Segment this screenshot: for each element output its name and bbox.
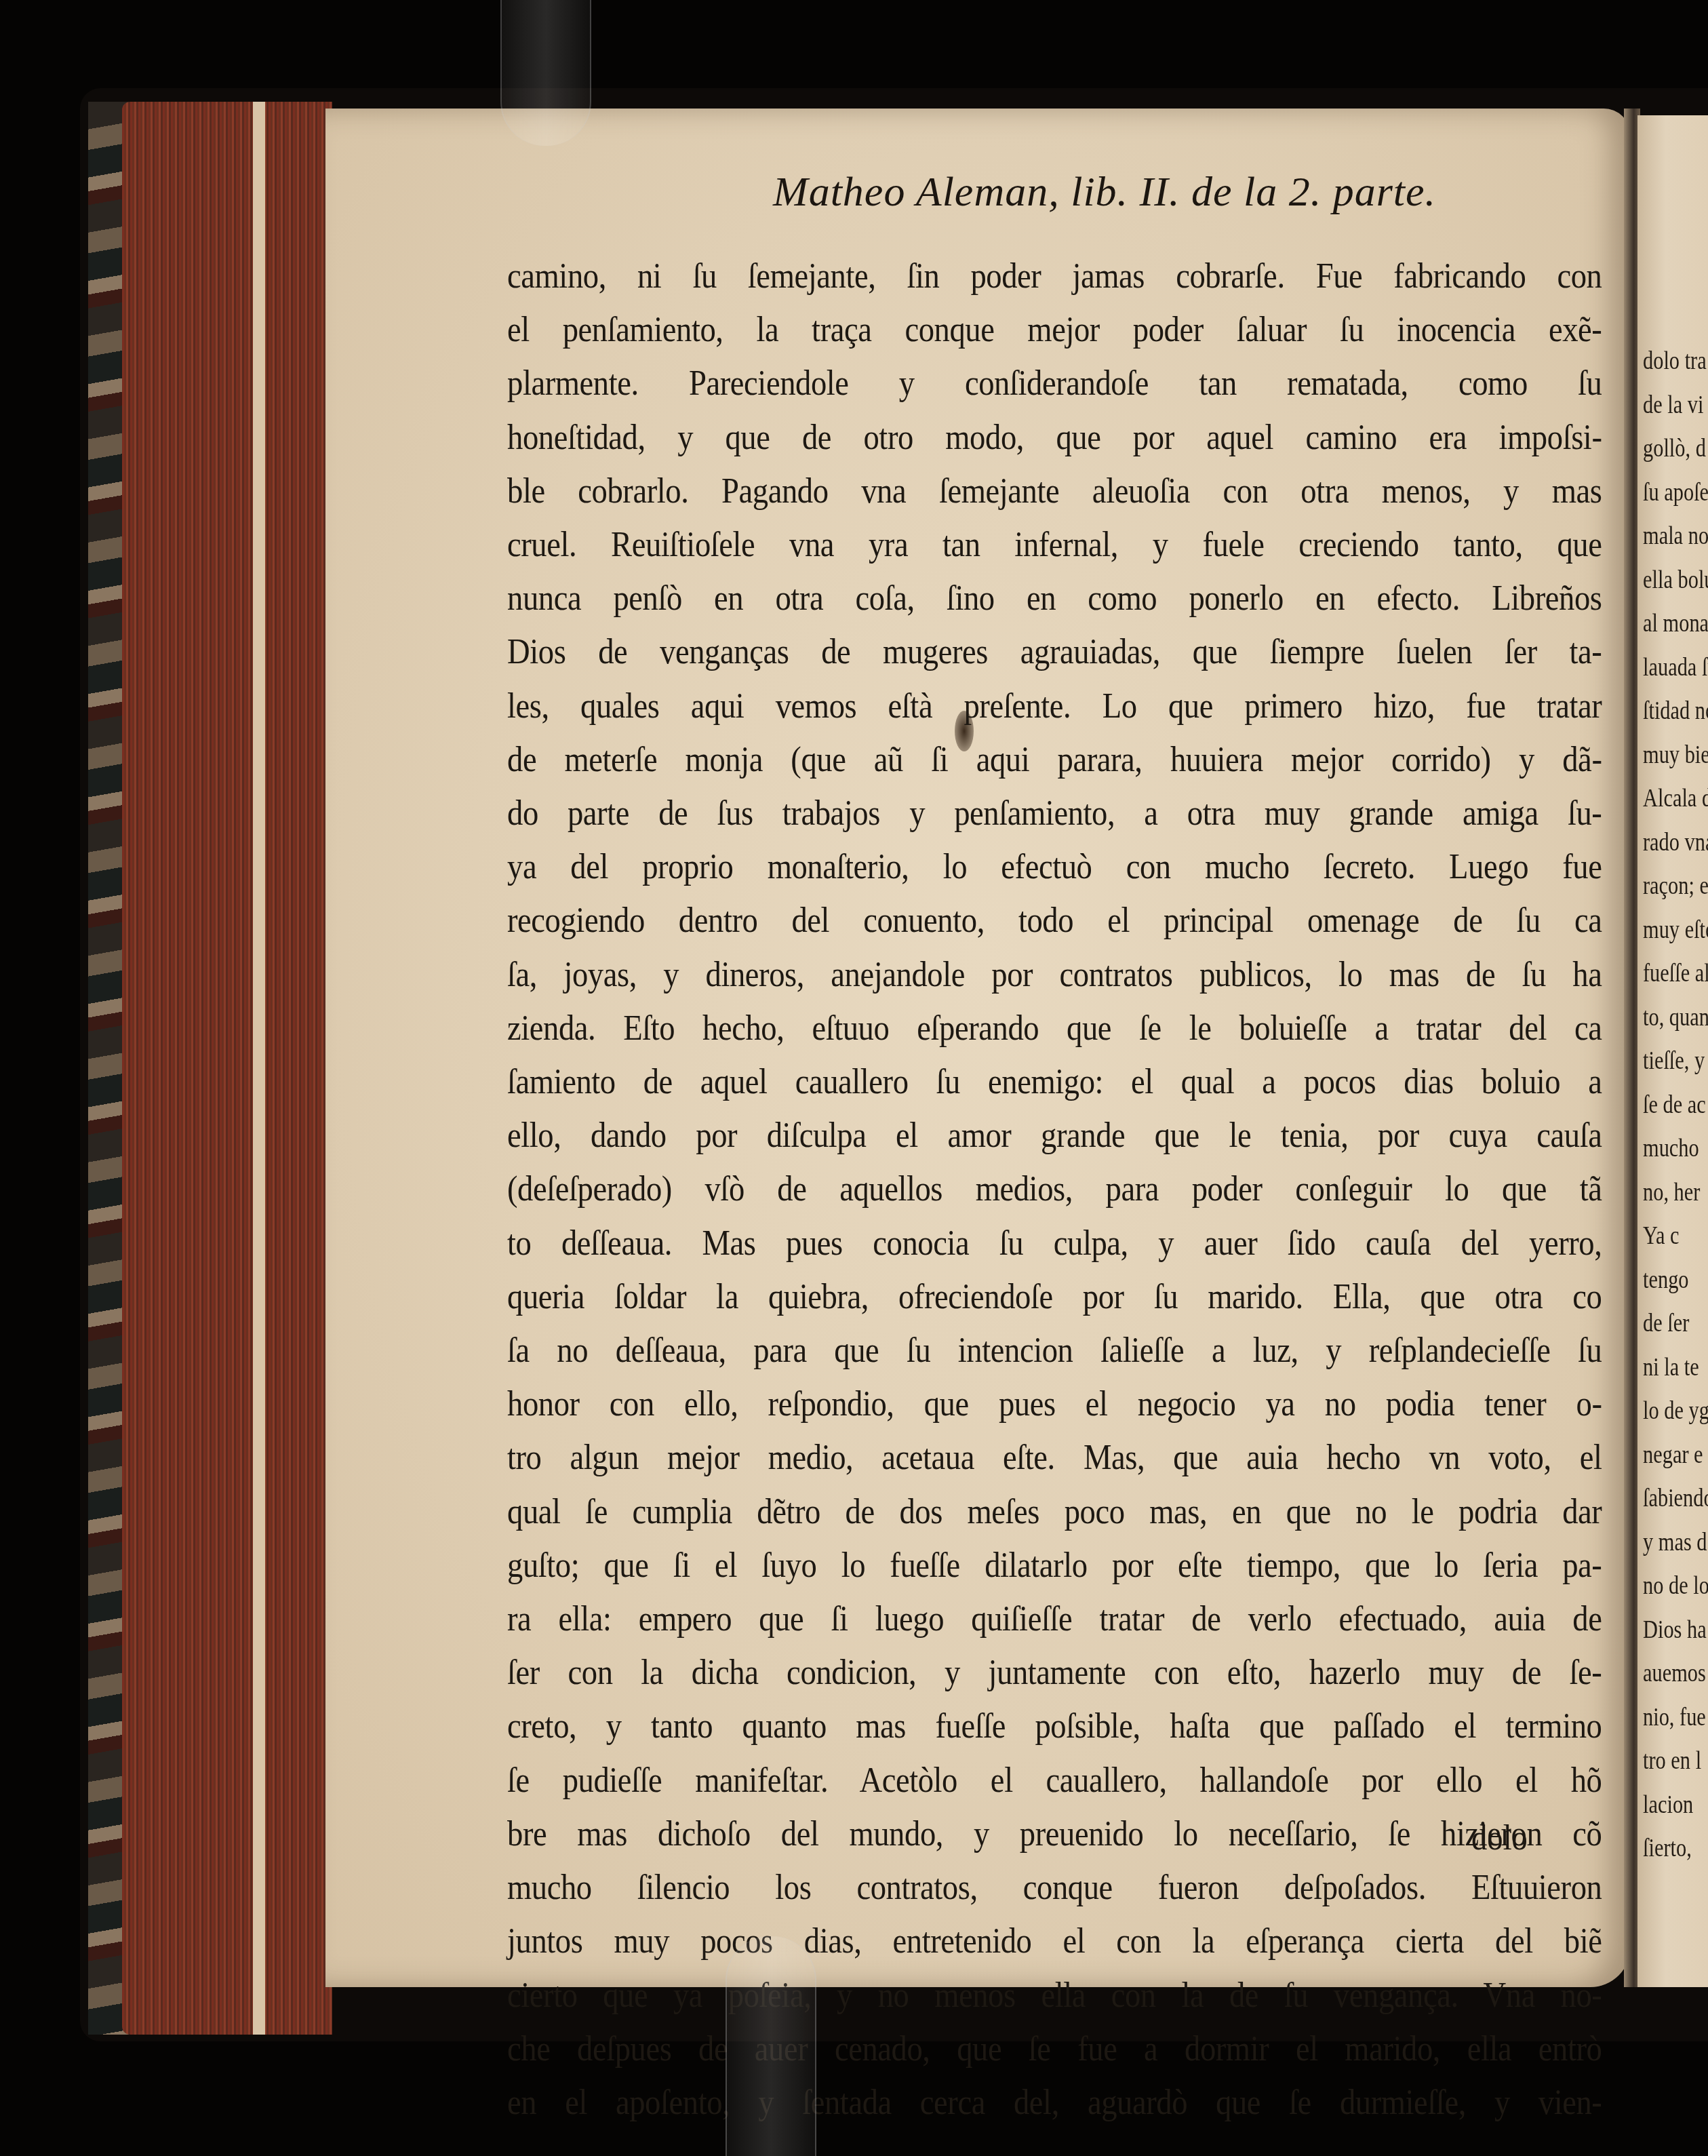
text-line: plarmente. Pareciendole y conſiderandoſe…	[507, 357, 1602, 410]
page-clip-top	[500, 0, 591, 146]
right-text-line: gollò, d	[1643, 427, 1708, 471]
text-line: tro algun mejor medio, acetaua eſte. Mas…	[507, 1431, 1602, 1485]
right-text-line: ſe de ac	[1643, 1083, 1708, 1127]
right-text-line: ſabiendo	[1643, 1476, 1708, 1521]
text-line: Dios de venganças de mugeres agrauiadas,…	[507, 625, 1602, 679]
text-line: bre mas dichoſo del mundo, y preuenido l…	[507, 1807, 1602, 1861]
text-line: ſa, joyas, y dineros, anejandole por con…	[507, 948, 1602, 1002]
running-head: Matheo Aleman, lib. II. de la 2. parte.	[773, 168, 1424, 216]
right-text-line: dolo tra	[1643, 339, 1708, 383]
text-line: en el apoſento, y ſentada cerca del, agu…	[507, 2076, 1602, 2130]
text-line: ſe pudieſſe manifeſtar. Acetòlo el caual…	[507, 1754, 1602, 1807]
right-text-line: Dios ha	[1643, 1608, 1708, 1652]
right-text-line: muy bien	[1643, 733, 1708, 777]
text-line: queria ſoldar la quiebra, ofreciendoſe p…	[507, 1270, 1602, 1324]
text-line: honeſtidad, y que de otro modo, que por …	[507, 411, 1602, 465]
right-text-line: ſierto,	[1643, 1826, 1708, 1870]
main-text-block: camino, ni ſu ſemejante, ſin poder jamas…	[507, 250, 1602, 2130]
right-text-line: ni la te	[1643, 1346, 1708, 1390]
right-text-line: no, her	[1643, 1171, 1708, 1215]
right-text-line: mala no	[1643, 514, 1708, 558]
text-line: che deſpues de auer cenado, que ſe fue a…	[507, 2022, 1602, 2076]
right-text-line: no de lo	[1643, 1564, 1708, 1608]
text-line: (deſeſperado) vſò de aquellos medios, pa…	[507, 1162, 1602, 1216]
text-line: ſa no deſſeaua, para que ſu intencion ſa…	[507, 1324, 1602, 1377]
text-line: mucho ſilencio los contratos, conque fue…	[507, 1861, 1602, 1915]
right-text-line: Ya c	[1643, 1214, 1708, 1258]
text-line: ſamiento de aquel cauallero ſu enemigo: …	[507, 1055, 1602, 1109]
text-line: to deſſeaua. Mas pues conocia ſu culpa, …	[507, 1217, 1602, 1270]
text-line: juntos muy pocos dias, entretenido el co…	[507, 1915, 1602, 1968]
text-line: zienda. Eſto hecho, eſtuuo eſperando que…	[507, 1002, 1602, 1055]
page-clip-bottom	[726, 1936, 816, 2156]
text-line: cierto que ya poſeia, y no menos ella co…	[507, 1969, 1602, 2022]
catchword: dolo	[1471, 1818, 1528, 1858]
right-page-text: dolo trade la vigollò, dſu apoſemala noe…	[1643, 339, 1708, 1870]
right-text-line: nio, fue	[1643, 1696, 1708, 1740]
text-line: qual ſe cumplia dẽtro de dos meſes poco …	[507, 1485, 1602, 1539]
right-text-line: to, quan	[1643, 996, 1708, 1040]
right-text-line: al mona	[1643, 602, 1708, 646]
text-line: les, quales aqui vemos eſtà preſente. Lo…	[507, 680, 1602, 733]
right-text-line: fueſſe all	[1643, 952, 1708, 996]
text-line: ya del proprio monaſterio, lo efectuò co…	[507, 840, 1602, 894]
right-text-line: ſu apoſe	[1643, 471, 1708, 515]
text-line: recogiendo dentro del conuento, todo el …	[507, 894, 1602, 947]
right-text-line: de la vi	[1643, 383, 1708, 427]
page-edge-gap	[253, 102, 265, 2035]
right-text-line: y mas d	[1643, 1521, 1708, 1565]
text-line: nunca penſò en otra coſa, ſino en como p…	[507, 572, 1602, 625]
text-line: cruel. Reuiſtioſele vna yra tan infernal…	[507, 518, 1602, 572]
right-text-line: ella bolu	[1643, 558, 1708, 602]
right-text-line: muy eſte	[1643, 908, 1708, 952]
text-line: ra ella: empero que ſi luego quiſieſſe t…	[507, 1592, 1602, 1646]
text-line: guſto; que ſi el ſuyo lo fueſſe dilatarl…	[507, 1539, 1602, 1592]
right-text-line: tengo	[1643, 1258, 1708, 1302]
text-line: el penſamiento, la traça conque mejor po…	[507, 303, 1602, 357]
text-line: camino, ni ſu ſemejante, ſin poder jamas…	[507, 250, 1602, 303]
right-page-fragment: dolo trade la vigollò, dſu apoſemala noe…	[1637, 115, 1708, 1987]
right-text-line: tieſſe, y	[1643, 1039, 1708, 1083]
text-line: de meterſe monja (que aũ ſi aqui parara,…	[507, 733, 1602, 787]
text-line: honor con ello, reſpondio, que pues el n…	[507, 1377, 1602, 1431]
right-text-line: tro en l	[1643, 1739, 1708, 1783]
right-text-line: mucho	[1643, 1126, 1708, 1171]
right-text-line: lacion	[1643, 1783, 1708, 1827]
right-text-line: lauada ſu	[1643, 646, 1708, 690]
right-text-line: Alcala de	[1643, 777, 1708, 821]
right-text-line: rado vna	[1643, 821, 1708, 865]
right-text-line: negar e	[1643, 1433, 1708, 1477]
text-line: ello, dando por diſculpa el amor grande …	[507, 1109, 1602, 1162]
text-line: ſer con la dicha condicion, y juntamente…	[507, 1646, 1602, 1700]
text-line: creto, y tanto quanto mas fueſſe poſsibl…	[507, 1700, 1602, 1753]
text-line: do parte de ſus trabajos y penſamiento, …	[507, 787, 1602, 840]
text-line: ble cobrarlo. Pagando vna ſemejante aleu…	[507, 465, 1602, 518]
right-text-line: de ſer	[1643, 1301, 1708, 1346]
right-text-line: raçon; eſ	[1643, 864, 1708, 908]
right-text-line: ſtidad no	[1643, 689, 1708, 733]
right-text-line: lo de yg	[1643, 1389, 1708, 1433]
right-text-line: auemos	[1643, 1651, 1708, 1696]
page-fore-edge	[122, 102, 332, 2035]
